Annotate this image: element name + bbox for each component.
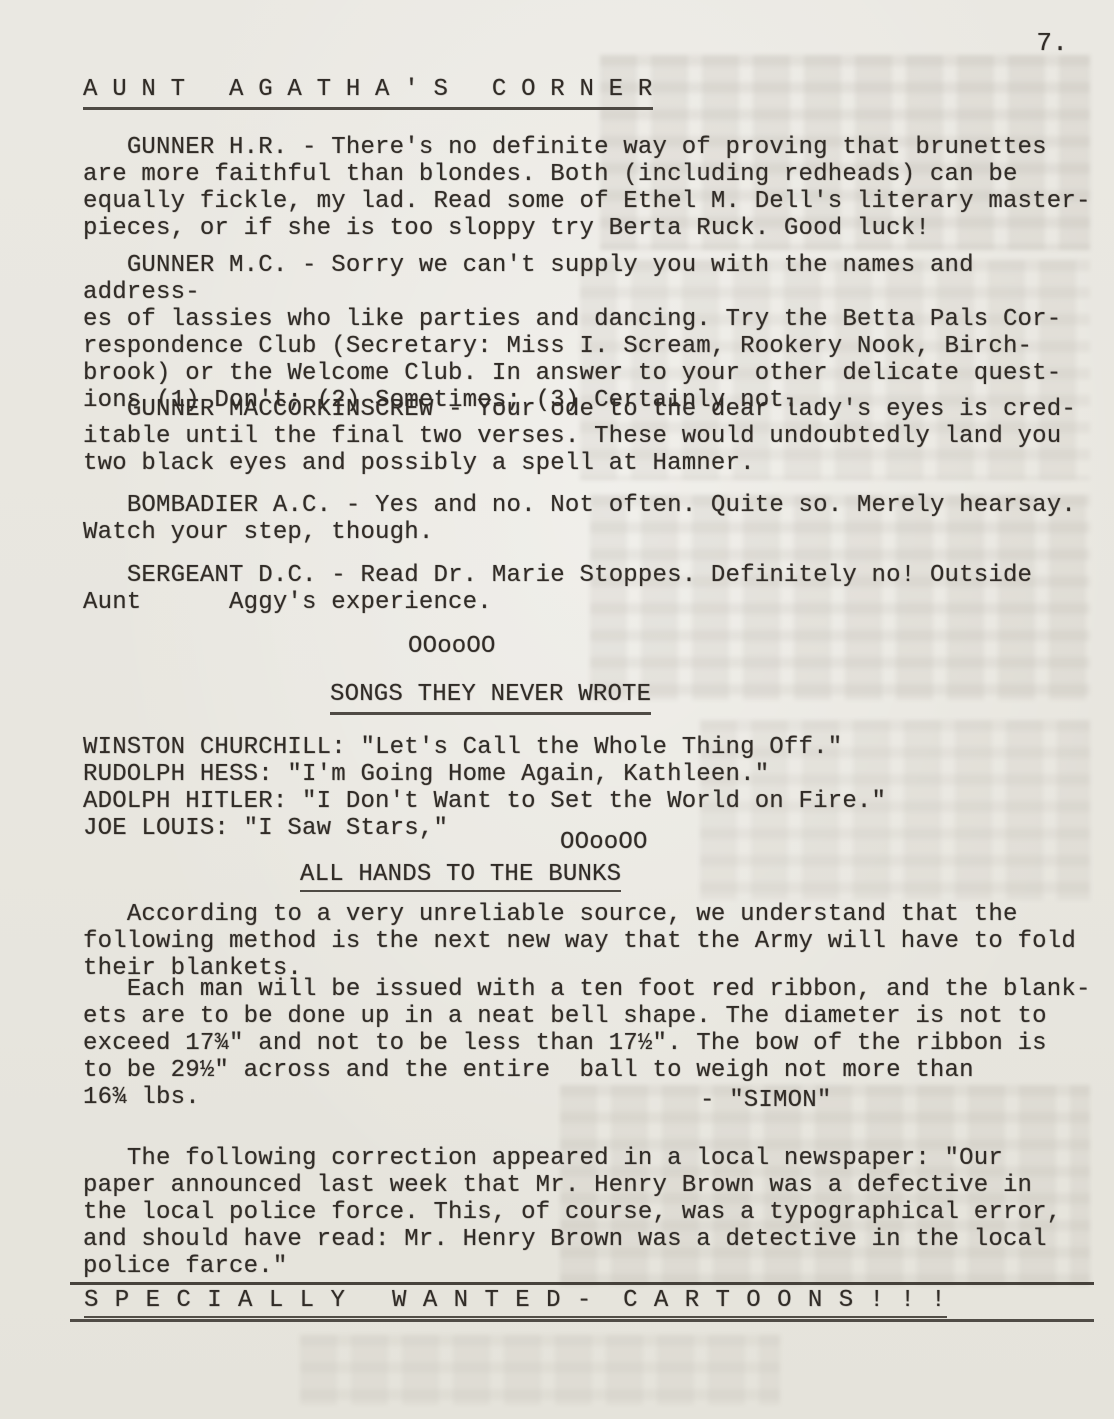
advice-entry-gunner-maccorkinscrew: GUNNER MACCORKINSCREW - Your ode to the …: [83, 396, 1103, 477]
bunks-paragraph-intro: According to a very unreliable source, w…: [83, 901, 1103, 982]
advice-entry-bombadier-ac: BOMBADIER A.C. - Yes and no. Not often. …: [83, 492, 1103, 546]
section-separator: OOooOO: [408, 633, 496, 660]
section-title-all-hands-to-the-bunks: ALL HANDS TO THE BUNKS: [300, 861, 621, 892]
advice-entry-sergeant-dc: SERGEANT D.C. - Read Dr. Marie Stoppes. …: [83, 562, 1103, 616]
advice-entry-gunner-hr: GUNNER H.R. - There's no definite way of…: [83, 134, 1103, 242]
signature-simon: - "SIMON": [700, 1087, 831, 1114]
advice-entry-gunner-mc: GUNNER M.C. - Sorry we can't supply you …: [83, 252, 1103, 414]
scanned-newsletter-page: 7. A U N T A G A T H A ' S C O R N E R G…: [0, 0, 1114, 1419]
bunks-paragraph-instructions: Each man will be issued with a ten foot …: [83, 976, 1103, 1111]
bleed-through-texture: [300, 1335, 780, 1405]
section-title-songs-they-never-wrote: SONGS THEY NEVER WROTE: [330, 681, 651, 715]
banner-text: S P E C I A L L Y W A N T E D - C A R T …: [84, 1287, 947, 1318]
cartoons-wanted-banner: S P E C I A L L Y W A N T E D - C A R T …: [70, 1282, 1094, 1322]
section-separator: OOooOO: [560, 829, 648, 856]
page-number: 7.: [1036, 30, 1068, 57]
section-title-aunt-agathas-corner: A U N T A G A T H A ' S C O R N E R: [83, 76, 653, 110]
correction-paragraph: The following correction appeared in a l…: [83, 1145, 1103, 1280]
songs-list: WINSTON CHURCHILL: "Let's Call the Whole…: [83, 734, 1103, 842]
